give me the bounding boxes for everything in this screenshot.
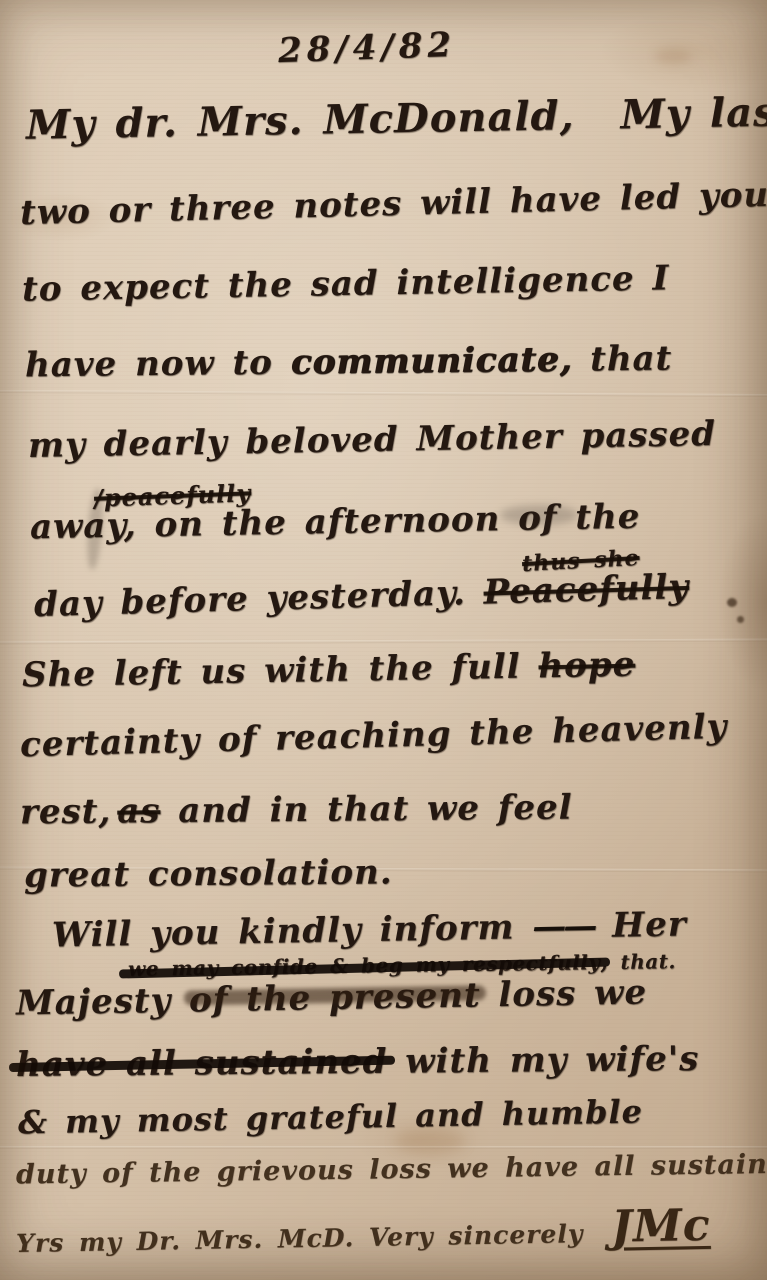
letter-line: to expect the sad intelligence I: [22, 258, 670, 309]
letter-line: day before yesterday. Peacefully: [34, 567, 690, 625]
letter-line: great consolation.: [24, 852, 393, 895]
letter-line: certainty of reaching the heavenly: [20, 707, 728, 766]
salutation-text: My dr. Mrs. McDonald,: [26, 92, 575, 149]
line-text: with my wife's: [387, 1039, 699, 1082]
struck-word: Peacefully: [483, 567, 690, 613]
struck-word: as: [117, 791, 161, 831]
letter-line: my dearly beloved Mother passed: [28, 414, 717, 466]
struck-word: hope: [538, 645, 635, 687]
line-text: rest,: [20, 792, 112, 833]
pen-stroke: ——: [532, 906, 595, 947]
line-text: loss we: [480, 972, 647, 1015]
letter-line: & my most grateful and humble: [18, 1093, 644, 1142]
line-text: She left us with the full: [22, 646, 539, 695]
letter-line: have all sustained with my wife's: [16, 1039, 700, 1085]
letter-line: duty of the grievous loss we have all su…: [16, 1148, 767, 1190]
letter-line: rest,as and in that we feel: [20, 788, 573, 833]
smudged-struck-text: of the present: [189, 975, 481, 1020]
line-text: and in that we feel: [160, 788, 573, 832]
line-text: that: [572, 339, 672, 380]
line-text: Majesty: [16, 980, 190, 1023]
line-text: , that.: [600, 949, 676, 974]
line-text: day before yesterday.: [34, 573, 485, 626]
ink-spot: [737, 616, 744, 623]
letter-line: two or three notes will have led you: [20, 175, 767, 233]
ink-spot: [727, 598, 737, 607]
line-text: my dearly beloved Mother passed: [28, 414, 717, 466]
letter-date: 28/4/82: [277, 25, 456, 71]
fold-crease: [0, 639, 767, 645]
line-text: to expect the sad intelligence I: [22, 258, 670, 309]
line-text: duty of the grievous loss we have all su…: [16, 1148, 767, 1190]
fold-crease: [0, 390, 767, 397]
line-text: certainty of reaching the heavenly: [20, 707, 728, 766]
line-text: Will you kindly inform: [52, 907, 533, 955]
line-text: great consolation.: [24, 852, 393, 895]
salutation-continue: My last: [620, 88, 767, 138]
line-text: Her: [594, 904, 687, 946]
signature-initials: JMc: [611, 1200, 711, 1253]
line-text: two or three notes will have led you: [20, 175, 767, 233]
heavily-struck-text: have all sustained: [16, 1042, 388, 1085]
overwritten-word: communicate,: [290, 340, 572, 383]
line-text: have now to: [25, 343, 291, 386]
closing-text: Yrs my Dr. Mrs. McD. Very sincerely: [16, 1219, 584, 1258]
letter-line: She left us with the full hope: [22, 645, 636, 696]
letter-line: Majesty of the present loss we: [16, 972, 648, 1023]
letter-page: 28/4/82 My dr. Mrs. McDonald,My last two…: [0, 0, 767, 1280]
salutation-line: My dr. Mrs. McDonald,My last: [26, 88, 767, 148]
closing-line: Yrs my Dr. Mrs. McD. Very sincerelyJMc: [16, 1200, 711, 1263]
line-text: & my most grateful and humble: [18, 1093, 644, 1142]
letter-line: have now to communicate, that: [25, 339, 673, 386]
letter-line: Will you kindly inform —— Her: [52, 904, 687, 955]
foxing-stain: [655, 48, 691, 64]
fold-crease: [0, 1146, 767, 1149]
